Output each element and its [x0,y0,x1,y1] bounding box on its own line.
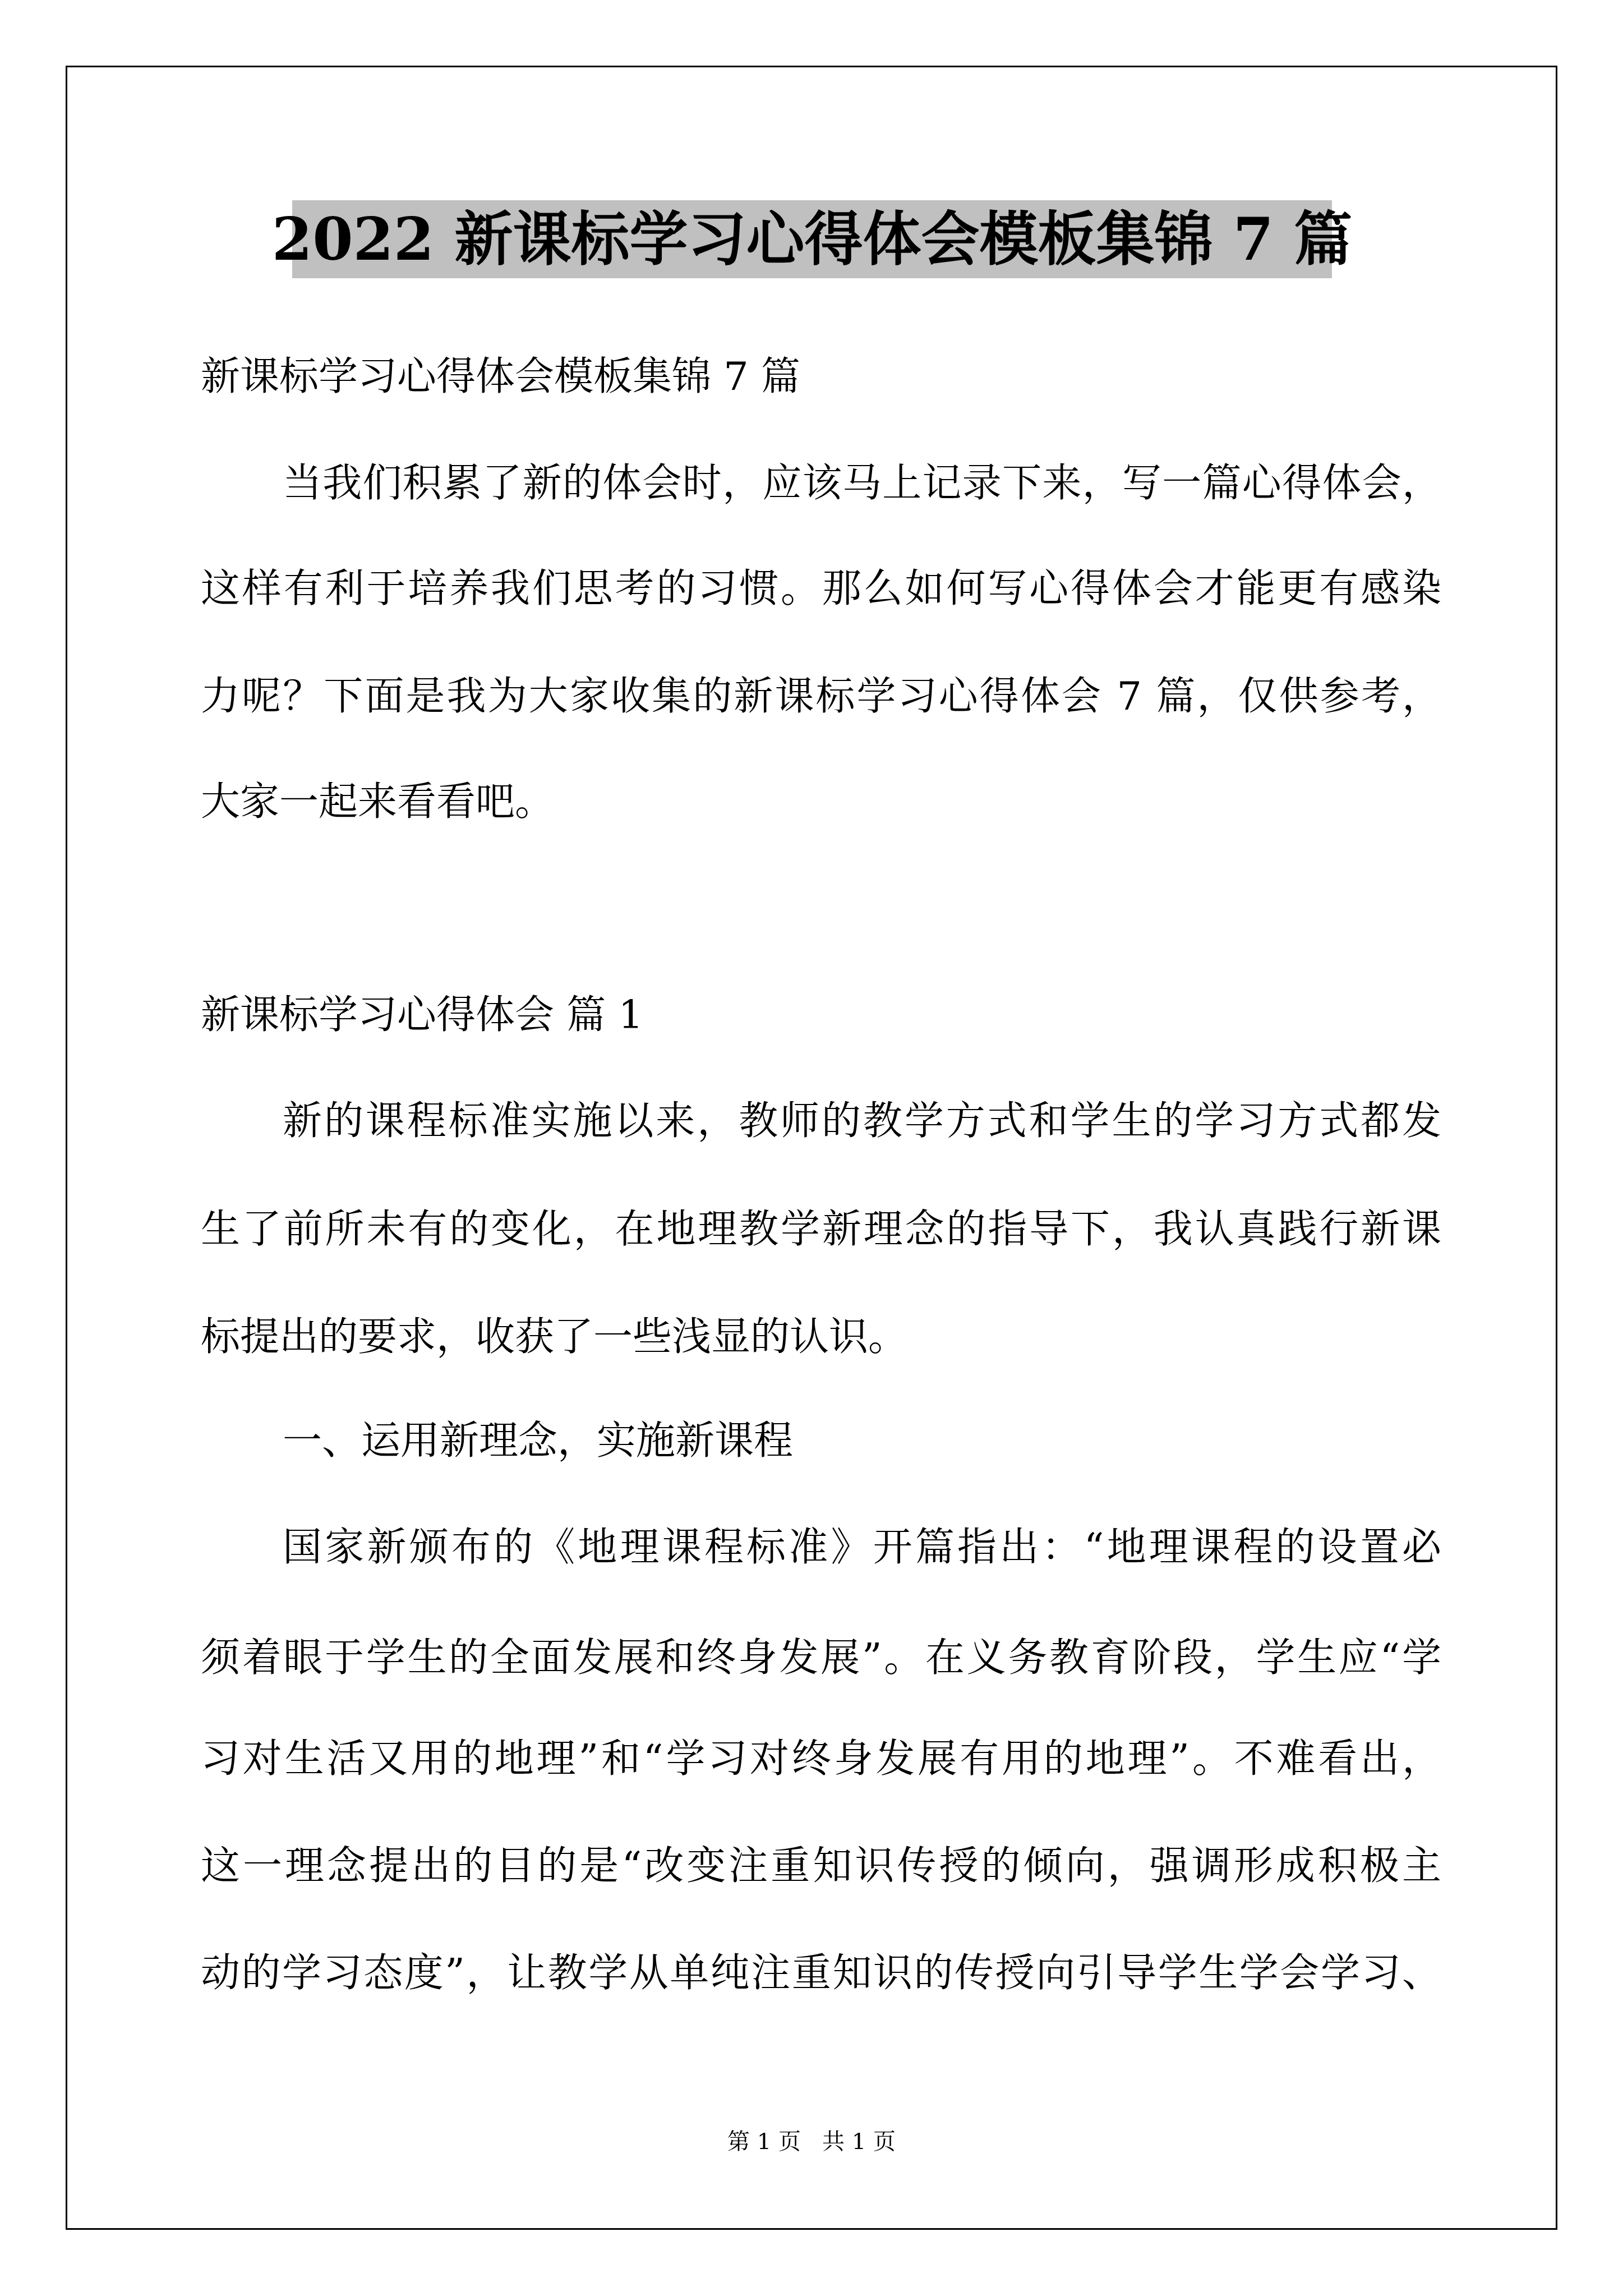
page-number-footer: 第 1 页 共 1 页 [0,2119,1623,2164]
document-title: 2022 新课标学习心得体会模板集锦 7 篇 [292,200,1332,278]
intro-line: 这样有利于培养我们思考的习惯。那么如何写心得体会才能更有感染 [201,535,1441,642]
paragraph-line: 标提出的要求，收获了一些浅显的认识。 [201,1283,1441,1390]
paragraph-line: 新的课程标准实施以来，教师的教学方式和学生的学习方式都发 [201,1068,1441,1174]
intro-line: 力呢？下面是我为大家收集的新课标学习心得体会 7 篇，仅供参考， [201,643,1441,749]
paragraph-line: 习对生活又用的地理”和“学习对终身发展有用的地理”。不难看出， [201,1705,1441,1812]
document-subtitle: 新课标学习心得体会模板集锦 7 篇 [201,323,1441,430]
paragraph-line: 生了前所未有的变化，在地理教学新理念的指导下，我认真践行新课 [201,1176,1441,1282]
paragraph-line: 这一理念提出的目的是“改变注重知识传授的倾向，强调形成积极主 [201,1812,1441,1919]
paragraph-line: 国家新颁布的《地理课程标准》开篇指出：“地理课程的设置必 [201,1494,1441,1600]
subheading: 一、运用新理念，实施新课程 [201,1387,1441,1494]
paragraph-line: 动的学习态度”，让教学从单纯注重知识的传授向引导学生学会学习、 [201,1920,1441,2026]
intro-line: 大家一起来看看吧。 [201,748,1441,855]
section-heading: 新课标学习心得体会 篇 1 [201,961,1441,1068]
intro-line: 当我们积累了新的体会时，应该马上记录下来，写一篇心得体会， [201,430,1441,536]
paragraph-line: 须着眼于学生的全面发展和终身发展”。在义务教育阶段，学生应“学 [201,1604,1441,1711]
